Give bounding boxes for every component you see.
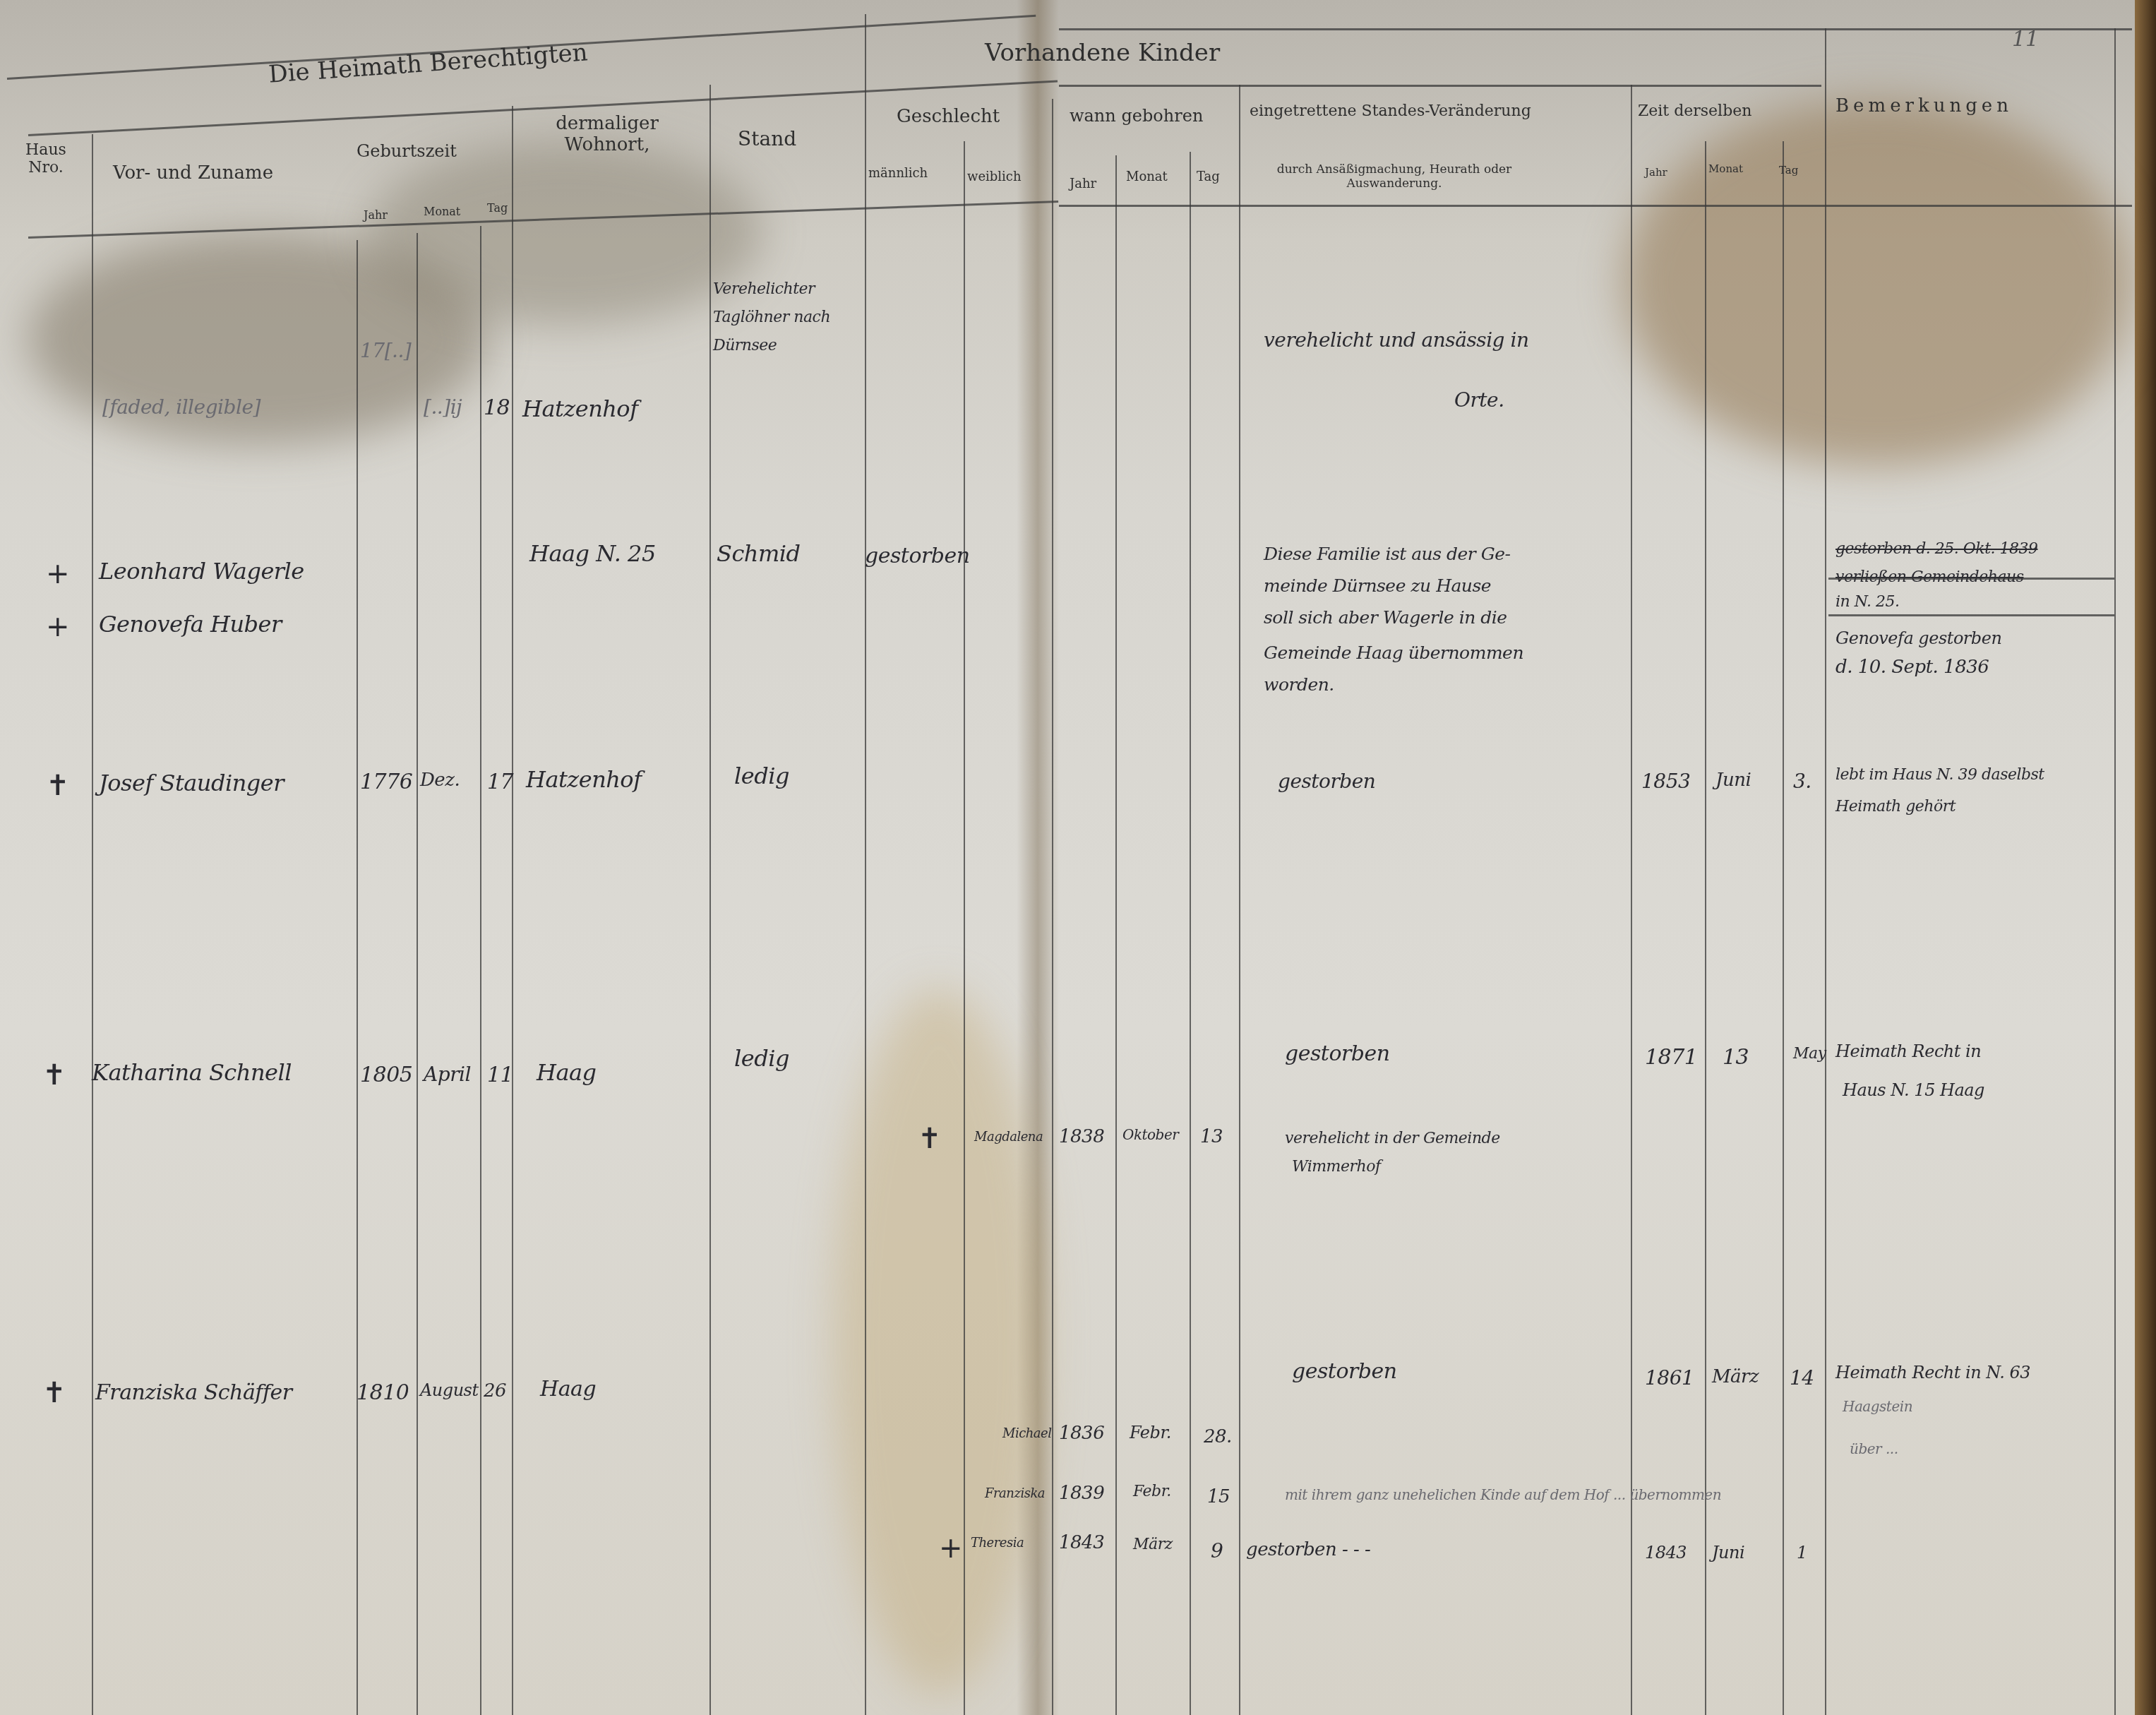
deceased-cross-icon: ✝: [918, 1123, 942, 1155]
row1-year: 17[..]: [360, 339, 411, 362]
col-rule: [1631, 85, 1632, 1715]
col-header-gebtag: Tag: [487, 201, 508, 215]
row1-veraenderung-1: verehelicht und ansässig in: [1264, 328, 1528, 352]
row1-stand: Verehelichter Taglöhner nach Dürnsee: [713, 275, 854, 360]
col-header-geboren: wann gebohren: [1070, 106, 1203, 126]
col-rule: [1825, 28, 1826, 1715]
row2-veraenderung-5: worden.: [1264, 674, 1334, 695]
row5-zeit-month: März: [1712, 1366, 1759, 1387]
row1-month: [..]ij: [424, 395, 462, 419]
row3-zeit-day: 3.: [1793, 770, 1811, 793]
row5-child3-zeit-day: 1: [1797, 1543, 1807, 1562]
row5-wohnort: Haag: [540, 1377, 596, 1402]
section-title-right: Vorhandene Kinder: [985, 39, 1220, 67]
row5-bemerkung-3: über ...: [1850, 1440, 1898, 1457]
row4-bemerkung-2: Haus N. 15 Haag: [1843, 1080, 1984, 1100]
row2-geschlecht: gestorben: [865, 544, 970, 568]
row4-bemerkung-1: Heimath Recht in: [1835, 1041, 1981, 1061]
row4-stand: ledig: [734, 1045, 789, 1072]
row2-wohnort: Haag N. 25: [529, 540, 656, 567]
row5-child3-month: März: [1133, 1536, 1173, 1553]
col-rule: [1115, 155, 1117, 1715]
row5-child1-name: Michael: [1002, 1426, 1052, 1441]
col-header-zeit-jahr: Jahr: [1645, 166, 1667, 179]
col-rule: [92, 134, 93, 1715]
deceased-cross-icon: ✝: [42, 1059, 66, 1092]
col-header-haus-nr: Haus Nro.: [21, 141, 71, 177]
strike-rule: [1828, 578, 2114, 580]
col-rule: [1239, 85, 1240, 1715]
col-header-kind-tag: Tag: [1197, 169, 1220, 184]
row4-child-month: Oktober: [1122, 1126, 1178, 1143]
col-rule: [480, 226, 481, 1715]
row5-child2-month: Febr.: [1133, 1483, 1171, 1500]
col-header-zeit-monat: Monat: [1708, 162, 1743, 175]
col-rule: [865, 14, 866, 1715]
row5-child2-veraenderung: mit ihrem ganz unehelichen Kinde auf dem…: [1285, 1486, 1721, 1503]
header-rule-bottom: [1059, 205, 2132, 207]
header-rule-mid: [1059, 85, 1821, 87]
col-header-kind-monat: Monat: [1126, 169, 1168, 184]
strike-rule: [1828, 614, 2114, 616]
row5-zeit-year: 1861: [1645, 1366, 1694, 1390]
row3-zeit-year: 1853: [1641, 770, 1690, 793]
row3-day: 17: [487, 770, 513, 794]
row5-bemerkung-1: Heimath Recht in N. 63: [1835, 1363, 2030, 1382]
row4-name: Katharina Schnell: [92, 1059, 292, 1086]
col-header-bemerkungen: Bemerkungen: [1835, 95, 2013, 116]
row5-child2-day: 15: [1207, 1486, 1230, 1507]
row3-bemerkung-2: Heimath gehört: [1835, 798, 1956, 815]
col-header-gebjahr: Jahr: [364, 208, 388, 222]
deceased-cross-icon: +: [46, 558, 70, 590]
header-rule-top: [1059, 28, 2132, 30]
col-header-kind-jahr: Jahr: [1070, 177, 1096, 191]
row4-child-day: 13: [1200, 1126, 1223, 1147]
row2-veraenderung-1: Diese Familie ist aus der Ge-: [1264, 544, 1510, 564]
col-rule: [357, 240, 358, 1715]
deceased-cross-icon: ✝: [46, 770, 70, 802]
col-rule: [1052, 99, 1053, 1715]
page-number: 11: [2012, 27, 2039, 52]
col-header-zeit: Zeit derselben: [1638, 102, 1751, 120]
row2-veraenderung-4: Gemeinde Haag übernommen: [1264, 643, 1523, 663]
row5-child2-year: 1839: [1059, 1483, 1104, 1504]
col-header-geschlecht: Geschlecht: [897, 106, 1000, 127]
row5-child3-zeit-year: 1843: [1645, 1543, 1687, 1562]
row2-name1: Leonhard Wagerle: [99, 558, 304, 585]
row5-child1-year: 1836: [1059, 1423, 1104, 1444]
col-rule: [2114, 28, 2116, 1715]
col-header-stand: Stand: [738, 127, 796, 150]
deceased-cross-icon: +: [939, 1532, 963, 1565]
row4-child-veraenderung-2: Wimmerhof: [1292, 1158, 1381, 1176]
col-header-veraenderung: eingetrettene Standes-Veränderung: [1250, 102, 1531, 120]
row4-zeit-year: 1871: [1645, 1045, 1697, 1070]
row1-wohnort: Hatzenhof: [522, 395, 637, 422]
deceased-cross-icon: ✝: [42, 1377, 66, 1409]
col-rule: [964, 141, 965, 1715]
row4-child-name: Magdalena: [974, 1130, 1043, 1145]
row3-zeit-month: Juni: [1715, 770, 1751, 791]
row3-veraenderung: gestorben: [1278, 770, 1375, 793]
row5-zeit-day: 14: [1790, 1366, 1814, 1390]
row3-bemerkung-1: lebt im Haus N. 39 daselbst: [1835, 766, 2044, 784]
book-edge: [2135, 0, 2156, 1715]
row2-bemerkung-2: d. 10. Sept. 1836: [1835, 657, 1989, 678]
row4-month: April: [424, 1063, 471, 1086]
row2-veraenderung-3: soll sich aber Wagerle in die: [1264, 607, 1507, 628]
row5-day: 26: [484, 1380, 506, 1402]
col-header-name: Vor- und Zuname: [113, 162, 273, 184]
row2-bemerkung-struck-1: gestorben d. 25. Okt. 1839: [1835, 540, 2038, 558]
col-rule: [417, 233, 418, 1715]
row5-bemerkung-2: Haagstein: [1843, 1398, 1912, 1415]
col-header-maennlich: männlich: [868, 166, 928, 181]
row4-veraenderung: gestorben: [1285, 1041, 1390, 1066]
row5-child3-day: 9: [1211, 1539, 1223, 1562]
row1-day: 18: [484, 395, 510, 420]
row1-veraenderung-2: Orte.: [1454, 388, 1504, 412]
row3-month: Dez.: [420, 770, 460, 791]
deceased-cross-icon: +: [46, 611, 70, 643]
right-page: [1038, 0, 2139, 1715]
col-header-weiblich: weiblich: [967, 169, 1022, 184]
row5-child3-name: Theresia: [971, 1536, 1024, 1550]
row2-stand: Schmid: [717, 540, 801, 567]
row4-child-veraenderung-1: verehelicht in der Gemeinde: [1285, 1130, 1500, 1147]
row4-zeit-day: May: [1793, 1045, 1826, 1063]
row3-stand: ledig: [734, 763, 789, 789]
row4-zeit-month: 13: [1723, 1045, 1749, 1070]
col-rule: [709, 85, 711, 1715]
row5-child1-day: 28.: [1204, 1426, 1232, 1447]
row1-name: [faded, illegible]: [102, 395, 260, 419]
col-header-geburtszeit: Geburtszeit: [357, 141, 457, 161]
row2-name2: Genovefa Huber: [99, 611, 282, 638]
left-page: [0, 0, 1038, 1715]
row5-child1-month: Febr.: [1130, 1423, 1171, 1442]
col-header-wohnort: dermaliger Wohnort,: [529, 113, 685, 155]
row5-veraenderung: gestorben: [1292, 1359, 1397, 1384]
row3-name: Josef Staudinger: [99, 770, 284, 796]
row5-child3-year: 1843: [1059, 1532, 1104, 1553]
col-header-gebmonat: Monat: [424, 205, 460, 218]
row4-wohnort: Haag: [537, 1059, 597, 1086]
row3-year: 1776: [360, 770, 412, 794]
col-rule: [512, 106, 513, 1715]
row2-bemerkung-1: Genovefa gestorben: [1835, 628, 2001, 648]
row5-child3-veraenderung: gestorben - - -: [1246, 1539, 1370, 1560]
row2-bemerkung-struck-3: in N. 25.: [1835, 593, 1900, 611]
row5-child3-zeit-month: Juni: [1712, 1543, 1744, 1562]
row3-wohnort: Hatzenhof: [526, 766, 641, 793]
row4-year: 1805: [360, 1063, 412, 1087]
col-rule: [1190, 152, 1191, 1715]
row4-child-year: 1838: [1059, 1126, 1104, 1147]
row5-month: August: [420, 1380, 479, 1400]
row4-day: 11: [487, 1063, 513, 1087]
row5-name: Franziska Schäffer: [95, 1380, 292, 1405]
open-register-book: 11 Die Heimath Berechtigten Haus Nro. Vo…: [0, 0, 2156, 1715]
row2-veraenderung-2: meinde Dürnsee zu Hause: [1264, 575, 1491, 596]
col-header-veraenderung-sub: durch Ansäßigmachung, Heurath oder Auswa…: [1264, 162, 1525, 191]
row5-year: 1810: [357, 1380, 409, 1405]
col-rule: [1705, 141, 1706, 1715]
row5-child2-name: Franziska: [985, 1486, 1045, 1501]
col-rule: [1783, 141, 1784, 1715]
